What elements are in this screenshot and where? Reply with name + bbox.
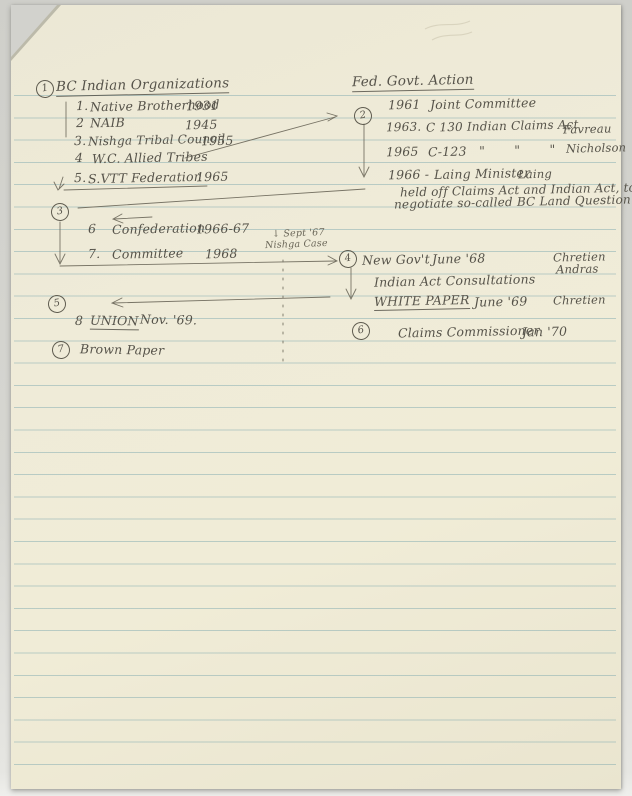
- fed-row-text: Laing Minister: [434, 166, 531, 182]
- fed-row-year: 1961: [388, 98, 421, 112]
- org-item-name: W.C. Allied Tribes: [92, 150, 208, 166]
- fed-row-minister: Nicholson: [566, 141, 626, 155]
- org-item-num: 7.: [88, 247, 101, 261]
- org-item-num: 2: [76, 116, 84, 130]
- org-item-name: Committee: [112, 246, 184, 261]
- org-item-num: 6: [88, 222, 96, 236]
- fed-row-minister: Favreau: [563, 122, 612, 136]
- event-minister: Andras: [556, 263, 599, 277]
- event-claims-date: Jan '70: [522, 325, 568, 340]
- event-brown-paper: Brown Paper: [80, 342, 165, 357]
- org-item-num: 1.: [76, 99, 89, 113]
- org-item-year: 1965: [196, 170, 229, 184]
- org-item-year: 1945: [185, 118, 218, 132]
- org-item-name: Confederation: [112, 221, 205, 237]
- fed-row-year: 1963.: [386, 121, 422, 135]
- org-item-year: 1966-67: [196, 221, 250, 236]
- event-white-paper: WHITE PAPER: [374, 293, 470, 311]
- fed-row-text: Joint Committee: [430, 96, 536, 112]
- event-white-paper-date: June '69: [474, 294, 528, 309]
- org-item-num: 8: [75, 314, 83, 328]
- org-item-year: 1968: [205, 247, 238, 261]
- event-minister: Chretien: [553, 293, 606, 307]
- event-new-govt: New Gov't: [362, 252, 430, 267]
- margin-note-case: Nishga Case: [265, 239, 328, 252]
- org-item-year: Nov. '69.: [140, 313, 197, 328]
- heading-fed: Fed. Govt. Action: [352, 73, 474, 92]
- org-item-num: 5.: [74, 171, 87, 185]
- fed-row-year: 1966 -: [388, 168, 429, 183]
- event-new-govt-date: June '68: [432, 251, 486, 266]
- org-item-year: 1955: [201, 134, 234, 148]
- fed-row-minister: Laing: [518, 168, 552, 181]
- org-item-num: 3.: [74, 134, 87, 148]
- fed-row-text: C-123 " " ": [428, 143, 556, 159]
- org-item-year: 1931: [186, 99, 219, 113]
- event-claims-commissioner: Claims Commissioner: [398, 324, 540, 341]
- org-item-name: NAIB: [90, 116, 125, 130]
- fed-row-year: 1965: [386, 145, 419, 159]
- org-item-name: UNION: [90, 314, 139, 331]
- org-item-num: 4: [75, 151, 83, 165]
- scanned-page-background: { "headings": { "left": "BC Indian Organ…: [0, 0, 632, 796]
- folded-corner-icon: [11, 5, 57, 57]
- org-item-name: S.VTT Federation: [88, 170, 202, 186]
